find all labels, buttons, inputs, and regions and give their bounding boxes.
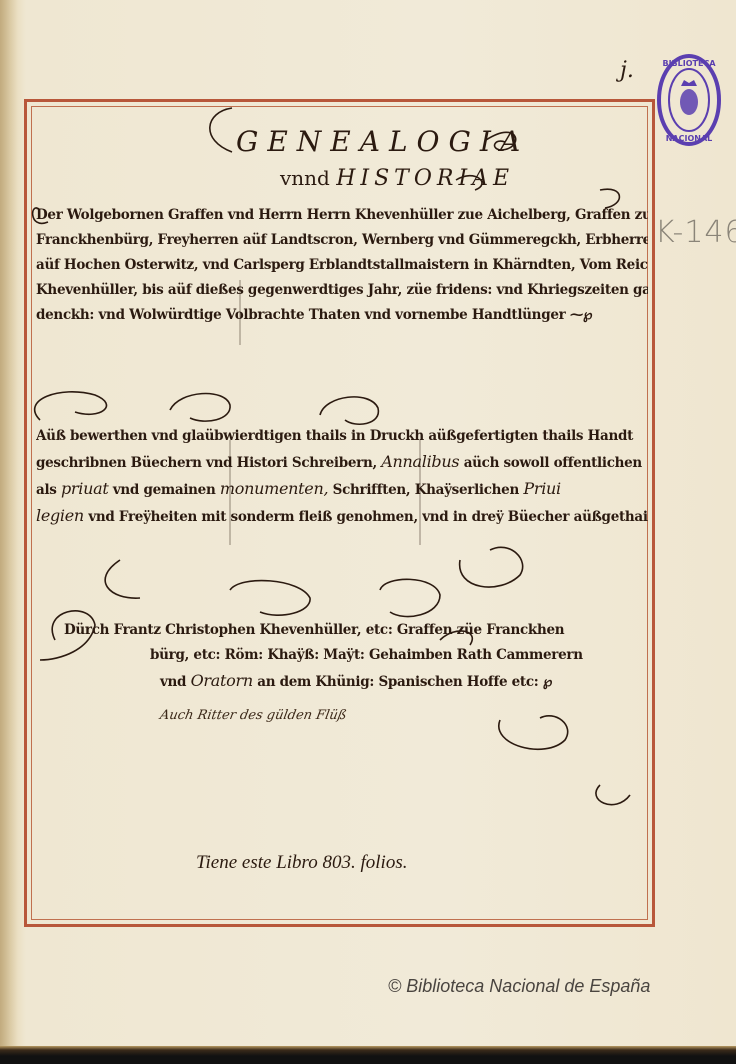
text-line: Aüß bewerthen vnd glaübwierdtigen thails… [36,424,648,449]
text-line: als priuat vnd gemainen monumenten, Schr… [36,476,648,503]
paragraph-sources: Aüß bewerthen vnd glaübwierdtigen thails… [36,424,648,530]
title-genealogia: GENEALOGIA [236,125,529,158]
text-line: bürg, etc: Röm: Khaÿß: Maÿt: Gehaimben R… [60,643,648,668]
text-span: vnd [160,674,186,690]
subtitle-historiae: HISTORIAE [336,166,514,191]
text-span: aüch sowoll offentlichen [464,455,642,471]
library-stamp-icon: BIBLIOTECA NACIONAL [656,52,722,148]
svg-text:NACIONAL: NACIONAL [666,134,713,143]
text-line: Khevenhüller, bis aüf dießes gegenwerdti… [36,278,648,303]
folio-count-note: Tiene este Libro 803. folios. [196,852,407,874]
folio-number: j. [620,58,634,83]
text-span: als [36,482,57,498]
binding-gutter [0,0,18,1064]
svg-text:BIBLIOTECA: BIBLIOTECA [662,59,716,68]
text-span: geschribnen Büechern vnd Histori Schreib… [36,455,377,471]
text-span: Schrifften, Khaÿserlichen [333,482,519,498]
latin-word: priuat [61,479,108,498]
text-span: an dem Khünig: Spanischen Hoffe etc: ℘ [257,674,552,690]
shelfmark-pencil: K-146- [655,215,736,250]
subtitle: vnnd HISTORIAE [280,166,514,191]
latin-word: legien [36,506,84,525]
copyright-watermark: © Biblioteca Nacional de España [388,976,650,997]
text-line: aüf Hochen Osterwitz, vnd Carlsperg Erbl… [36,253,648,278]
text-span: vnd gemainen [113,482,216,498]
manuscript-page: j. BIBLIOTECA NACIONAL K-146- GENEALOGIA… [0,0,736,1064]
text-line: geschribnen Büechern vnd Histori Schreib… [36,449,648,476]
text-span: vnd Freÿheiten mit sonderm fleiß genohme… [88,509,648,525]
subtitle-prefix: vnnd [280,166,330,190]
paragraph-author: Dürch Frantz Christophen Khevenhüller, e… [60,618,648,695]
text-line: denckh: vnd Wolwürdtige Volbrachte Thate… [36,303,648,328]
text-line: Franckhenbürg, Freyherren aüf Landtscron… [36,228,648,253]
paragraph-dedication: Der Wolgebornen Graffen vnd Herrn Herrn … [36,203,648,328]
text-line: legien vnd Freÿheiten mit sonderm fleiß … [36,503,648,530]
latin-word: Annalibus [381,452,459,471]
text-line: Dürch Frantz Christophen Khevenhüller, e… [60,618,648,643]
text-line: vnd Oratorn an dem Khünig: Spanischen Ho… [60,668,648,695]
text-line: Der Wolgebornen Graffen vnd Herrn Herrn … [36,203,648,228]
latin-word: Oratorn [191,671,253,690]
latin-word: Priui [523,479,560,498]
marginal-annotation: Auch Ritter des gülden Flüß [159,708,348,723]
latin-word: monumenten, [220,479,328,498]
page-bottom-edge [0,1046,736,1064]
